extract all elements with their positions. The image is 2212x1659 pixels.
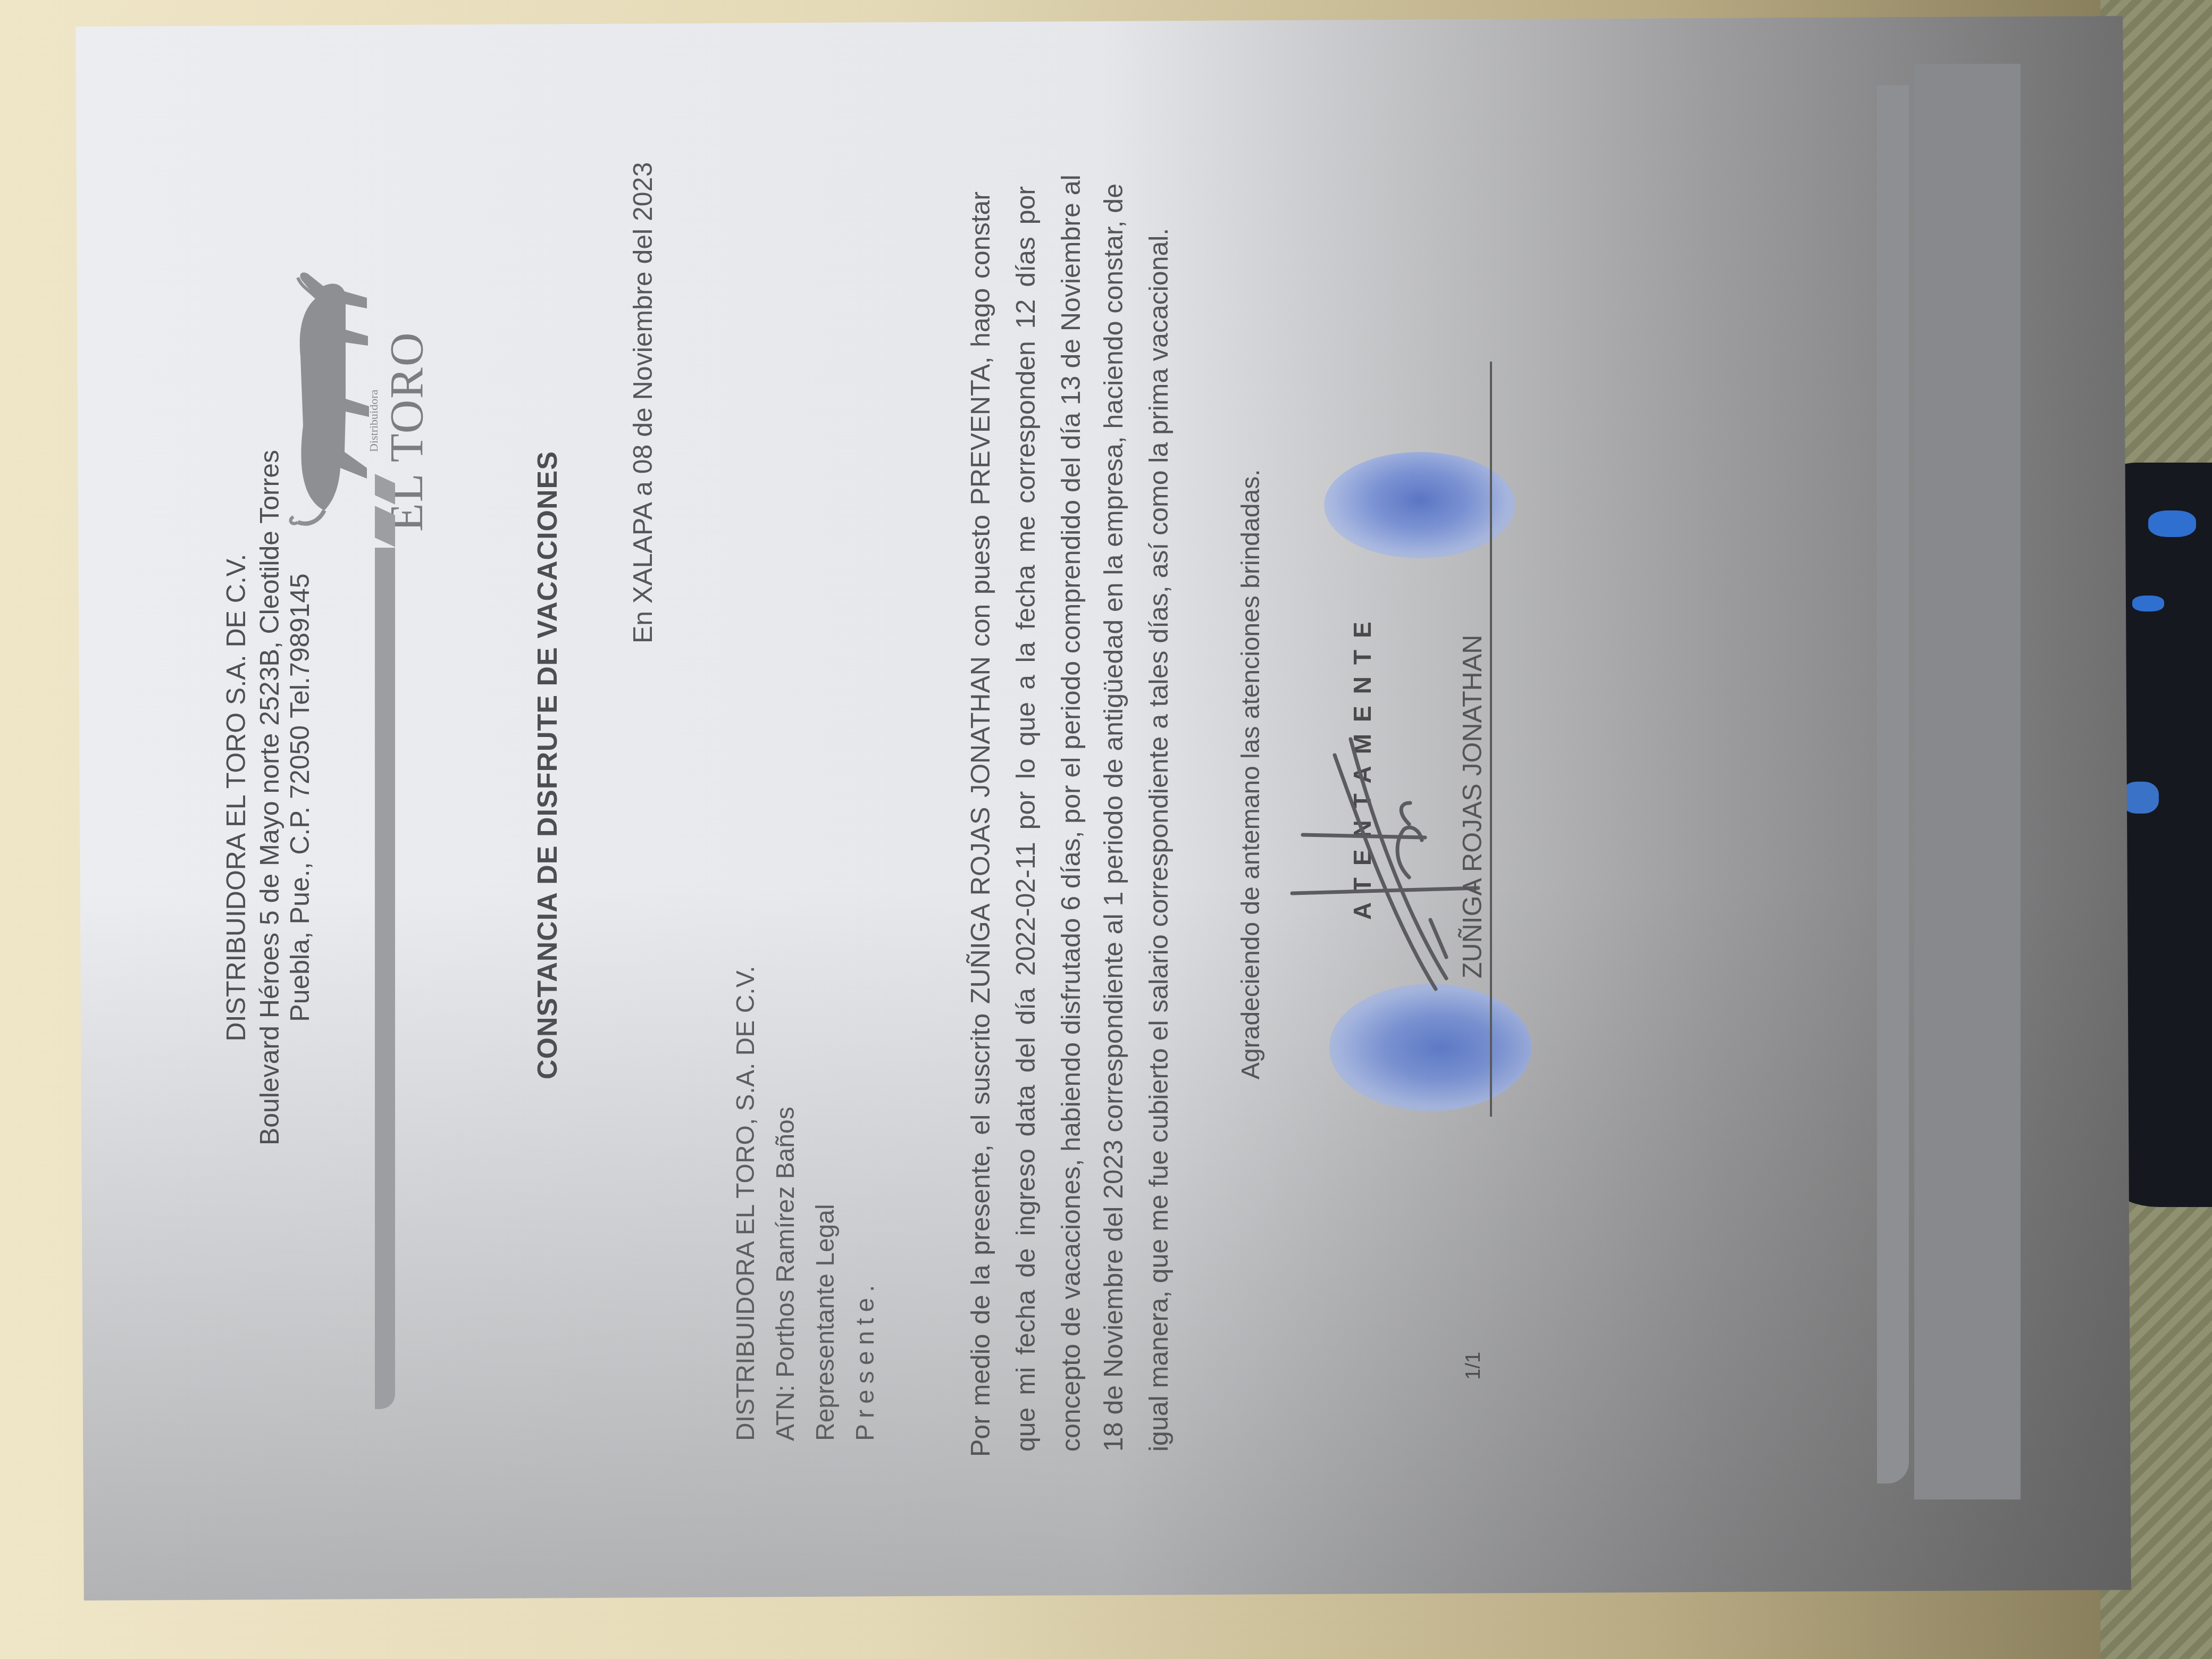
letter-page: DISTRIBUIDORA EL TORO S.A. DE C.V. Boule… [85, 27, 2122, 1585]
company-address-line1: Boulevard Héroes 5 de Mayo norte 2523B, … [254, 11, 285, 1585]
addressee-attention: ATN: Porthos Ramírez Baños [771, 1107, 800, 1441]
body-line: concepto de vacaciones, habiendo disfrut… [1055, 186, 1086, 1452]
page-number: 1/1 [1462, 1352, 1485, 1380]
footer-bar-wide [1914, 64, 2021, 1499]
company-address-line2: Puebla, Pue., C.P. 72050 Tel.7989145 [284, 11, 315, 1585]
date-line: En XALAPA a 08 de Noviembre del 2023 [627, 162, 658, 643]
document-title: CONSTANCIA DE DISFRUTE DE VACACIONES [532, 451, 564, 1079]
addressee-company: DISTRIBUIDORA EL TORO, S.A. DE C.V. [731, 966, 760, 1441]
closing-line: Agradeciendo de antemano las atenciones … [1236, 470, 1266, 1079]
body-line: 18 de Noviembre del 2023 correspondiente… [1098, 186, 1129, 1452]
addressee-role: Representante Legal [811, 1204, 840, 1441]
company-logo: Distribuidora EL TORO [276, 255, 436, 532]
fingerprint-right [1324, 452, 1515, 558]
signer-name: ZUÑIGA ROJAS JONATHAN [1457, 635, 1488, 978]
bull-icon [266, 255, 372, 532]
signature-line [1490, 362, 1492, 1117]
footer-bar-thin [1877, 85, 1909, 1484]
blue-pattern [2148, 510, 2196, 537]
logo-text: EL TORO [380, 331, 434, 532]
body-line: igual manera, que me fue cubierto el sal… [1143, 186, 1174, 1452]
blue-pattern [2132, 596, 2164, 611]
company-name: DISTRIBUIDORA EL TORO S.A. DE C.V. [221, 11, 252, 1585]
addressee-greeting: Presente. [851, 1279, 880, 1441]
blue-pattern [2122, 782, 2159, 814]
body-line: Por medio de la presente, el suscrito ZU… [965, 191, 996, 1457]
body-line: que mi fecha de ingreso data del día 202… [1010, 186, 1041, 1452]
logo-subtitle: Distribuidora [367, 390, 381, 452]
decorative-bar [375, 548, 395, 1409]
